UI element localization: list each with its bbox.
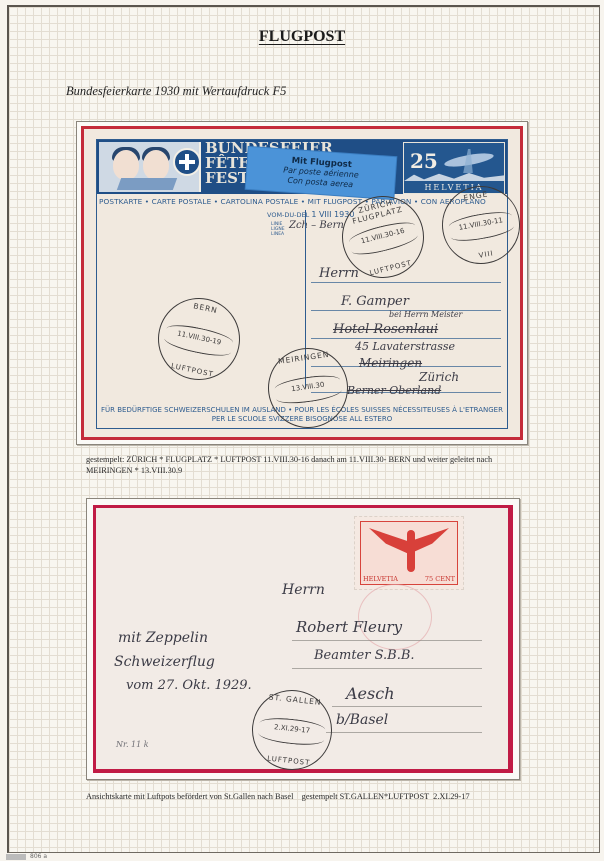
stamp-value: 75 CENT [425, 575, 455, 583]
icarus-stamp-75: HELVETIA 75 CENT [354, 516, 464, 590]
page-subtitle: Bundesfeierkarte 1930 mit Wertaufdruck F… [66, 84, 286, 99]
postcard-banner: BUNDESFEIER FÊTE NATIONALE FESTA NAZIONA… [97, 140, 507, 194]
book-icon [117, 178, 177, 190]
postcard-header-line: POSTKARTE • CARTE POSTALE • CARTOLINA PO… [99, 197, 486, 206]
caption-item-2: Ansichtskarte mit Luftpots befördert von… [86, 791, 556, 802]
address-name: Robert Fleury [296, 618, 402, 636]
children-reading-illustration [99, 142, 201, 192]
stamp-frame: HELVETIA 75 CENT [360, 521, 458, 585]
address-region: b/Basel [336, 712, 388, 728]
airmail-label: Mit Flugpost Par poste aérienne Con post… [246, 147, 397, 199]
icarus-figure-icon [407, 530, 415, 572]
mountains-icon [404, 173, 504, 181]
wing-left-icon [369, 528, 411, 554]
note-line1: mit Zeppelin [118, 630, 208, 646]
postmark-st-gallen: ST. GALLEN 2.XI.29-17 LUFTPOST [248, 686, 336, 774]
address-name: F. Gamper [341, 294, 409, 309]
address-hotel: Hotel Rosenlaui [333, 322, 438, 337]
address-town: Zürich [419, 370, 459, 384]
address-care-of: bei Herrn Meister [389, 310, 462, 319]
address-rule [292, 640, 482, 641]
vom-label: VOM-DU-DEL [267, 211, 309, 219]
note-line2: Schweizerflug [114, 654, 215, 670]
address-rule [332, 706, 482, 707]
linie-label-it: LINEA [271, 232, 285, 237]
stamp-value: 25 [410, 149, 438, 173]
scan-tag-icon [6, 854, 26, 860]
address-rule [311, 282, 501, 283]
page-title: FLUGPOST [0, 28, 604, 46]
page-number: 806 a [6, 853, 47, 860]
address-town: Aesch [346, 684, 395, 703]
address-occupation: Beamter S.B.B. [314, 648, 415, 663]
address-street: 45 Lavaterstrasse [355, 340, 455, 353]
caption-item-1: gestempelt: ZÜRICH * FLUGPLATZ * LUFTPOS… [86, 454, 526, 476]
address-herrn: Herrn [282, 582, 325, 598]
route-handwriting: Zch – Bern [289, 220, 344, 231]
address-rule [326, 732, 482, 733]
stamp-country: HELVETIA [363, 575, 398, 583]
address-rule [311, 338, 501, 339]
swiss-cross-icon [173, 148, 201, 176]
linie-label: LINIE LIGNE LINEA [271, 222, 285, 237]
page-number-text: 806 a [30, 853, 47, 860]
page-title-text: FLUGPOST [259, 28, 345, 45]
note-line3: vom 27. Okt. 1929. [126, 678, 252, 693]
address-town-crossed: Meiringen [359, 356, 422, 370]
pencil-note: Nr. 11 k [116, 740, 149, 749]
child-face-icon [143, 150, 169, 180]
address-rule [292, 668, 482, 669]
child-face-icon [113, 150, 139, 180]
address-region: Berner Oberland [347, 384, 441, 397]
